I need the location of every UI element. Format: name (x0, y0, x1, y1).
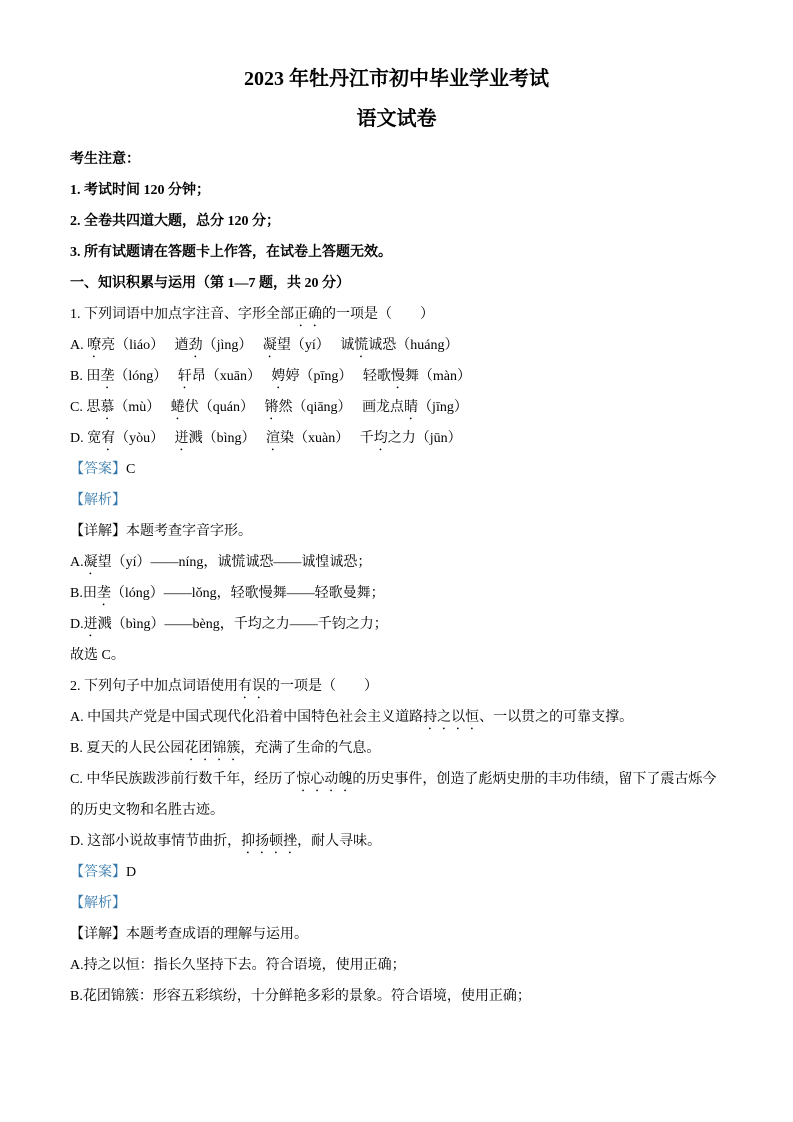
text-segment: （jīng） (418, 400, 468, 415)
question-1-stem: 1. 下列词语中加点字注音、字形全部正确的一项是（ ） (70, 299, 723, 330)
text-segment: 诚 (340, 338, 354, 353)
text-segment: 然（qiāng） (278, 400, 362, 415)
question-2-stem: 2. 下列句子中加点词语使用有误的一项是（ ） (70, 671, 723, 702)
notice-item-3: 3. 所有试题请在答题卡上作答，在试卷上答题无效。 (70, 237, 723, 268)
text-segment: （lóng） (114, 369, 177, 384)
text-segment: 望（yí） (277, 338, 340, 353)
emphasized-text: 凝 (84, 555, 98, 570)
question-1-detail-2: A.凝望（yí）——níng，诚慌诚恐——诚惶诚恐； (70, 547, 723, 578)
text-segment: C. 思 (70, 400, 100, 415)
text-segment: B. 田 (70, 369, 100, 384)
text-segment: D. 这部小说故事情节曲折， (70, 834, 241, 849)
text-segment: 、一以贯之的可靠支撑。 (479, 710, 633, 725)
emphasized-text: 睛 (404, 400, 418, 415)
text-segment: 溅（bìng） (189, 431, 266, 446)
text-segment: C. 中华民族跋涉前行数千年，经历了 (70, 772, 296, 787)
emphasized-text: 轩 (178, 369, 192, 384)
text-segment: 的一项是（ ） (266, 679, 378, 694)
text-segment: 千 (360, 431, 374, 446)
question-1-answer-line: 【答案】C (70, 454, 723, 485)
text-segment: （mù） (114, 400, 170, 415)
emphasized-text: 均 (374, 431, 388, 446)
text-segment: 画龙点 (362, 400, 404, 415)
analysis-label: 【解析】 (70, 896, 126, 911)
notice-item-1: 1. 考试时间 120 分钟； (70, 175, 723, 206)
emphasized-text: 凝 (263, 338, 277, 353)
text-segment: A. (70, 555, 84, 570)
text-segment: （yòu） (115, 431, 175, 446)
answer-label: 【答案】 (70, 865, 126, 880)
text-segment: 【详解】本题考查字音字形。 (70, 524, 252, 539)
notice-item-2: 2. 全卷共四道大题，总分 120 分； (70, 206, 723, 237)
emphasized-text: 迸 (175, 431, 189, 446)
question-1-option-b: B. 田垄（lóng） 轩昂（xuān） 娉婷（pīng） 轻歌慢舞（màn） (70, 361, 723, 392)
text-segment: A. (70, 338, 87, 353)
text-segment: 亮（liáo） (101, 338, 175, 353)
text-segment: ，耐人寻味。 (297, 834, 381, 849)
text-segment: B.田 (70, 586, 97, 601)
question-1-detail-4: D.迸溅（bìng）——bèng，千均之力——千钧之力； (70, 609, 723, 640)
emphasized-text: 垄 (97, 586, 111, 601)
question-1-conclusion: 故选 C。 (70, 640, 723, 671)
analysis-label: 【解析】 (70, 493, 126, 508)
question-1-option-c: C. 思慕（mù） 蜷伏（quán） 锵然（qiāng） 画龙点睛（jīng） (70, 392, 723, 423)
emphasized-text: 慌 (354, 338, 368, 353)
question-1-analysis-line: 【解析】 (70, 485, 723, 516)
answer-label: 【答案】 (70, 462, 126, 477)
emphasized-text: 宥 (101, 431, 115, 446)
emphasized-text: 垄 (100, 369, 114, 384)
text-segment: 的一项是（ ） (322, 307, 434, 322)
text-segment: 故选 C。 (70, 648, 125, 663)
text-segment: D. 宽 (70, 431, 101, 446)
text-segment: B. 夏天的人民公园 (70, 741, 184, 756)
question-2-detail-1: 【详解】本题考查成语的理解与运用。 (70, 919, 723, 950)
text-segment: 舞（màn） (405, 369, 471, 384)
text-segment: 【详解】本题考查成语的理解与运用。 (70, 927, 308, 942)
emphasized-text: 慢 (391, 369, 405, 384)
text-segment: ，充满了生命的气息。 (240, 741, 380, 756)
question-1-detail-1: 【详解】本题考查字音字形。 (70, 516, 723, 547)
text-segment: 轻歌 (363, 369, 391, 384)
text-segment: 昂（xuān） (192, 369, 272, 384)
text-segment: 诚恐（huáng） (368, 338, 458, 353)
question-2-option-b: B. 夏天的人民公园花团锦簇，充满了生命的气息。 (70, 733, 723, 764)
exam-document-page: 2023 年牡丹江市初中毕业学业考试 语文试卷 考生注意： 1. 考试时间 12… (0, 0, 793, 1122)
text-segment: 染（xuàn） (280, 431, 360, 446)
notice-heading: 考生注意： (70, 144, 723, 175)
text-segment: 之力（jūn） (388, 431, 462, 446)
emphasized-text: 蜷 (171, 400, 185, 415)
question-2-analysis-line: 【解析】 (70, 888, 723, 919)
question-2-option-c: C. 中华民族跋涉前行数千年，经历了惊心动魄的历史事件，创造了彪炳史册的丰功伟绩… (70, 764, 723, 826)
emphasized-text: 正确 (294, 307, 322, 322)
emphasized-text: 有误 (238, 679, 266, 694)
text-segment: A. 中国共产党是中国式现代化沿着中国特色社会主义道路 (70, 710, 423, 725)
section-heading: 一、知识积累与运用（第 1—7 题，共 20 分） (70, 268, 723, 299)
text-segment: 伏（quán） (185, 400, 265, 415)
emphasized-text: 迸 (84, 617, 98, 632)
text-segment: A.持之以恒：指长久坚持下去。符合语境，使用正确； (70, 958, 406, 973)
text-segment: D. (70, 617, 84, 632)
question-1-option-a: A. 嘹亮（liáo） 遒劲（jìng） 凝望（yí） 诚慌诚恐（huáng） (70, 330, 723, 361)
question-2-answer-line: 【答案】D (70, 857, 723, 888)
question-1-detail-3: B.田垄（lóng）——lǒng，轻歌慢舞——轻歌曼舞； (70, 578, 723, 609)
emphasized-text: 嘹 (87, 338, 101, 353)
text-segment: （lóng）——lǒng，轻歌慢舞——轻歌曼舞； (111, 586, 385, 601)
emphasized-text: 锵 (264, 400, 278, 415)
exam-title: 2023 年牡丹江市初中毕业学业考试 (70, 64, 723, 94)
text-segment: 2. 下列句子中加点词语使用 (70, 679, 238, 694)
question-2-detail-2: A.持之以恒：指长久坚持下去。符合语境，使用正确； (70, 950, 723, 981)
emphasized-text: 慕 (100, 400, 114, 415)
text-segment: B.花团锦簇：形容五彩缤纷，十分鲜艳多彩的景象。符合语境，使用正确； (70, 989, 531, 1004)
answer-value: D (126, 865, 136, 880)
question-2-detail-3: B.花团锦簇：形容五彩缤纷，十分鲜艳多彩的景象。符合语境，使用正确； (70, 981, 723, 1012)
emphasized-text: 抑扬顿挫 (241, 834, 297, 849)
text-segment: 婷（pīng） (285, 369, 362, 384)
emphasized-text: 花团锦簇 (184, 741, 240, 756)
text-segment: 溅（bìng）——bèng，千均之力——千钧之力； (98, 617, 388, 632)
text-segment: 1. 下列词语中加点字注音、字形全部 (70, 307, 294, 322)
emphasized-text: 持之以恒 (423, 710, 479, 725)
emphasized-text: 娉 (271, 369, 285, 384)
question-1-option-d: D. 宽宥（yòu） 迸溅（bìng） 渲染（xuàn） 千均之力（jūn） (70, 423, 723, 454)
question-2-option-a: A. 中国共产党是中国式现代化沿着中国特色社会主义道路持之以恒、一以贯之的可靠支… (70, 702, 723, 733)
text-segment: （jìng） (203, 338, 263, 353)
emphasized-text: 渲 (266, 431, 280, 446)
text-segment: 望（yí）——níng，诚慌诚恐——诚惶诚恐； (98, 555, 372, 570)
text-segment: 遒 (175, 338, 189, 353)
emphasized-text: 劲 (189, 338, 203, 353)
emphasized-text: 惊心动魄 (296, 772, 352, 787)
exam-subtitle: 语文试卷 (70, 104, 723, 134)
question-2-option-d: D. 这部小说故事情节曲折，抑扬顿挫，耐人寻味。 (70, 826, 723, 857)
answer-value: C (126, 462, 135, 477)
